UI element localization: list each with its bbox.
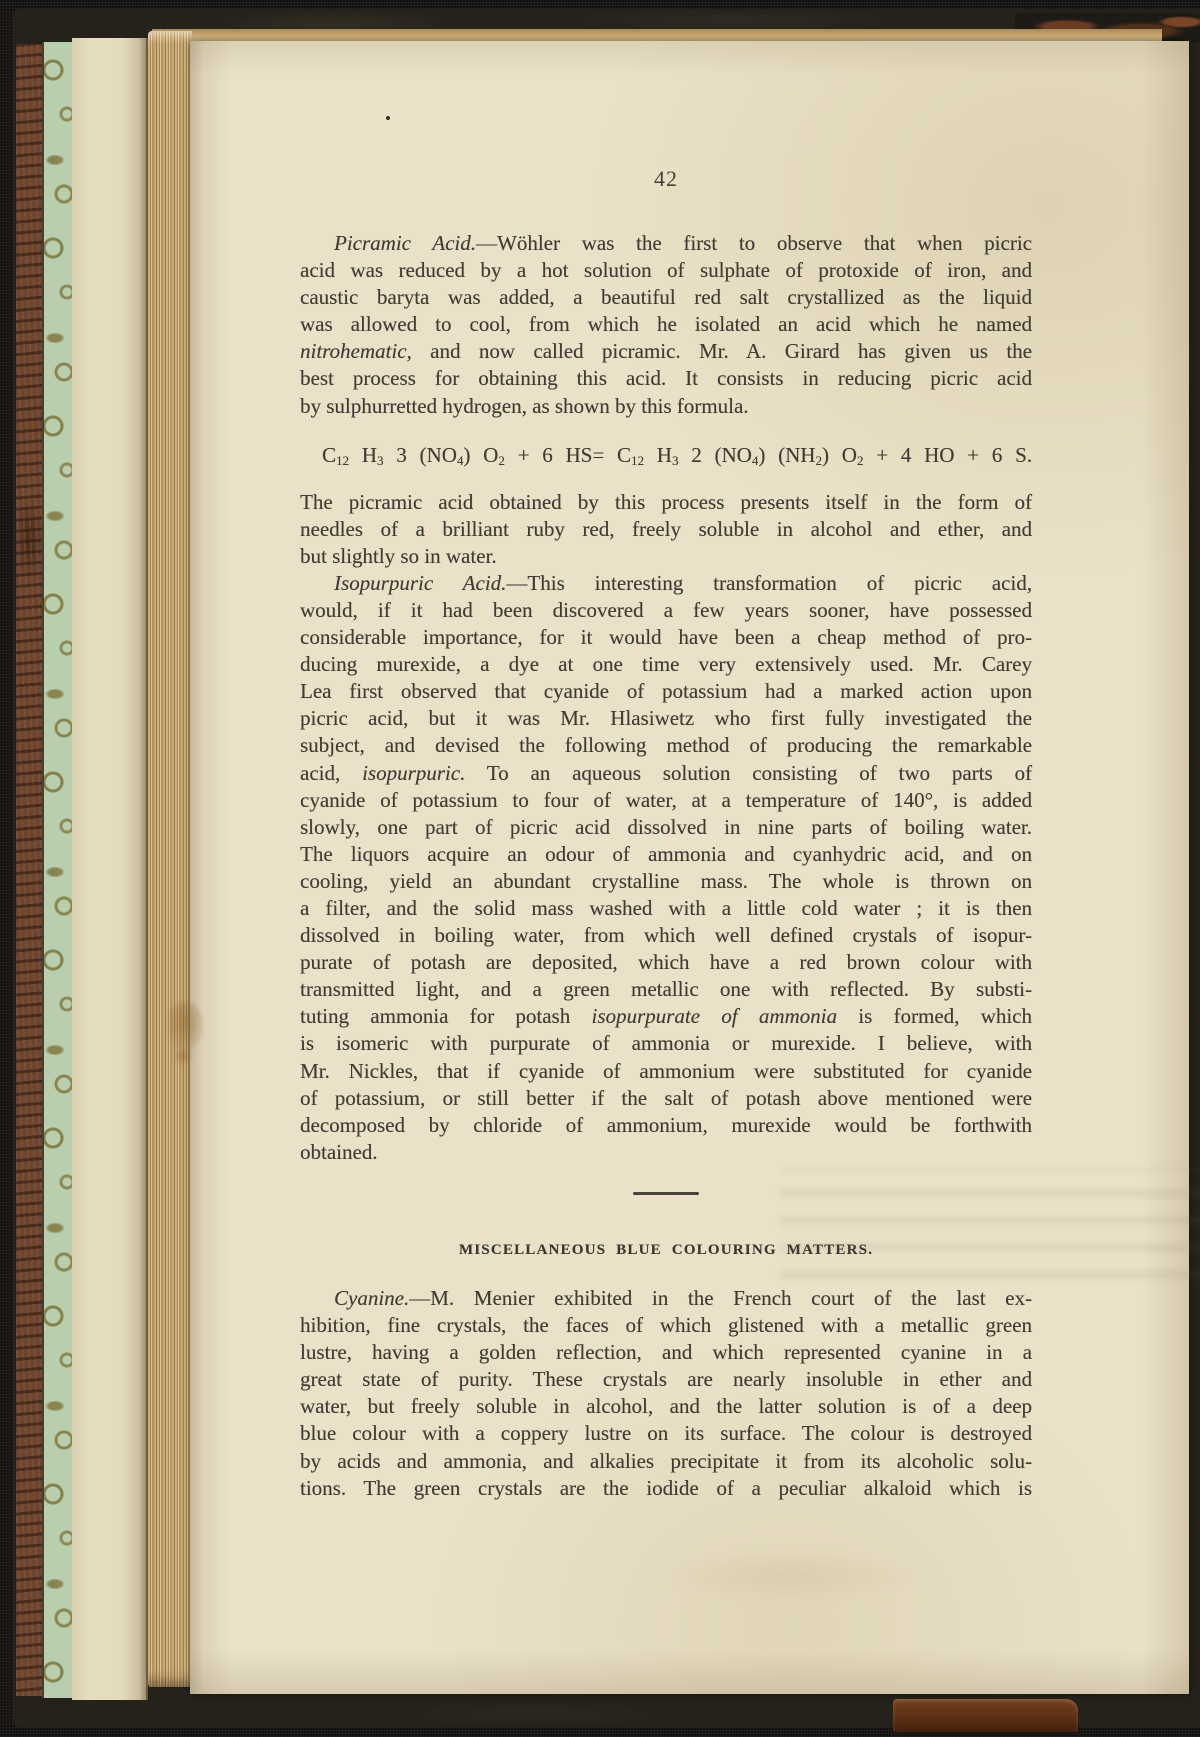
text-line: Picramic Acid.—Wöhler was the first to o…	[300, 230, 1032, 257]
text-line: a filter, and the solid mass washed with…	[300, 895, 1032, 922]
text-line: tions. The green crystals are the iodide…	[300, 1475, 1032, 1502]
text-line: dissolved in boiling water, from which w…	[300, 922, 1032, 949]
text-line: by acids and ammonia, and alkalies preci…	[300, 1448, 1032, 1475]
italic-term: Isopurpuric Acid.	[334, 571, 506, 595]
text-line: would, if it had been discovered a few y…	[300, 597, 1032, 624]
subscript: 2	[857, 453, 864, 468]
text-line: was allowed to cool, from which he isola…	[300, 311, 1032, 338]
text-line: nitrohematic, and now called picramic. M…	[300, 338, 1032, 365]
italic-term: isopurpurate of ammonia	[591, 1004, 837, 1028]
book-scan-photo: { "page": { "number": "42", "heading": "…	[0, 0, 1200, 1737]
subscript: 12	[336, 453, 349, 468]
text-line: cooling, yield an abundant crystalline m…	[300, 868, 1032, 895]
italic-term: Picramic Acid.	[334, 231, 476, 255]
text-line: caustic baryta was added, a beautiful re…	[300, 284, 1032, 311]
text-line: considerable importance, for it would ha…	[300, 624, 1032, 651]
text-line: best process for obtaining this acid. It…	[300, 365, 1032, 392]
text-line: water, but freely soluble in alcohol, an…	[300, 1393, 1032, 1420]
verso-show-through	[780, 1169, 1200, 1279]
book-page: 42 Picramic Acid.—Wöhler was the first t…	[190, 41, 1189, 1694]
chemical-formula: C12 H3 3 (NO4) O2 + 6 HS= C12 H3 2 (NO4)…	[300, 442, 1032, 474]
text-line: obtained.	[300, 1139, 1032, 1166]
text-column: Picramic Acid.—Wöhler was the first to o…	[300, 230, 1032, 1502]
subscript: 2	[498, 453, 505, 468]
text-line: tuting ammonia for potash isopurpurate o…	[300, 1003, 1032, 1030]
section-divider	[633, 1192, 699, 1195]
text-line: hibition, fine crystals, the faces of wh…	[300, 1312, 1032, 1339]
text-line: great state of purity. These crystals ar…	[300, 1366, 1032, 1393]
text-line: The picramic acid obtained by this proce…	[300, 489, 1032, 516]
italic-term: isopurpuric.	[362, 761, 465, 785]
text-line: The liquors acquire an odour of ammonia …	[300, 841, 1032, 868]
subscript: 12	[631, 453, 644, 468]
text-line: subject, and devised the following metho…	[300, 732, 1032, 759]
subscript: 3	[377, 453, 384, 468]
paragraph: Cyanine.—M. Menier exhibited in the Fren…	[300, 1285, 1032, 1502]
italic-term: nitrohematic,	[300, 339, 412, 363]
marbled-endpaper-strip	[42, 42, 74, 1698]
text-line: lustre, having a golden reflection, and …	[300, 1339, 1032, 1366]
subscript: 3	[672, 453, 679, 468]
text-line: blue colour with a coppery lustre on its…	[300, 1420, 1032, 1447]
text-line: Cyanine.—M. Menier exhibited in the Fren…	[300, 1285, 1032, 1312]
text-line: Mr. Nickles, that if cyanide of ammonium…	[300, 1058, 1032, 1085]
text-line: is isomeric with purpurate of ammonia or…	[300, 1030, 1032, 1057]
text-line: decomposed by chloride of ammonium, mure…	[300, 1112, 1032, 1139]
text-line: Isopurpuric Acid.—This interesting trans…	[300, 570, 1032, 597]
ink-speck	[386, 116, 390, 120]
text-line: needles of a brilliant ruby red, freely …	[300, 516, 1032, 543]
text-line: transmitted light, and a green metallic …	[300, 976, 1032, 1003]
text-line: of potassium, or still better if the sal…	[300, 1085, 1032, 1112]
text-line: acid, isopurpuric. To an aqueous solutio…	[300, 760, 1032, 787]
paragraph: Isopurpuric Acid.—This interesting trans…	[300, 570, 1032, 1166]
subscript: 4	[752, 453, 759, 468]
text-line: Lea first observed that cyanide of potas…	[300, 678, 1032, 705]
italic-term: Cyanine.	[334, 1286, 409, 1310]
cover-leather-corner	[893, 1699, 1078, 1732]
subscript: 4	[457, 453, 464, 468]
stain-spot	[166, 1002, 204, 1052]
leather-spine-edge	[16, 44, 42, 1696]
paragraph: The picramic acid obtained by this proce…	[300, 489, 1032, 570]
flyleaf-page-edge	[72, 38, 148, 1700]
subscript: 2	[815, 453, 822, 468]
paragraph: Picramic Acid.—Wöhler was the first to o…	[300, 230, 1032, 420]
text-line: but slightly so in water.	[300, 543, 1032, 570]
text-line: purate of potash are deposited, which ha…	[300, 949, 1032, 976]
text-line: ducing murexide, a dye at one time very …	[300, 651, 1032, 678]
text-line: picric acid, but it was Mr. Hlasiwetz wh…	[300, 705, 1032, 732]
text-line: acid was reduced by a hot solution of su…	[300, 257, 1032, 284]
foxing-stain	[660, 1551, 920, 1601]
text-line: slowly, one part of picric acid dissolve…	[300, 814, 1032, 841]
text-line: cyanide of potassium to four of water, a…	[300, 787, 1032, 814]
text-line: by sulphurretted hydrogen, as shown by t…	[300, 393, 1032, 420]
page-number: 42	[300, 165, 1032, 192]
stain-spot	[172, 1046, 194, 1066]
page-fore-edge-stack	[148, 31, 192, 1687]
